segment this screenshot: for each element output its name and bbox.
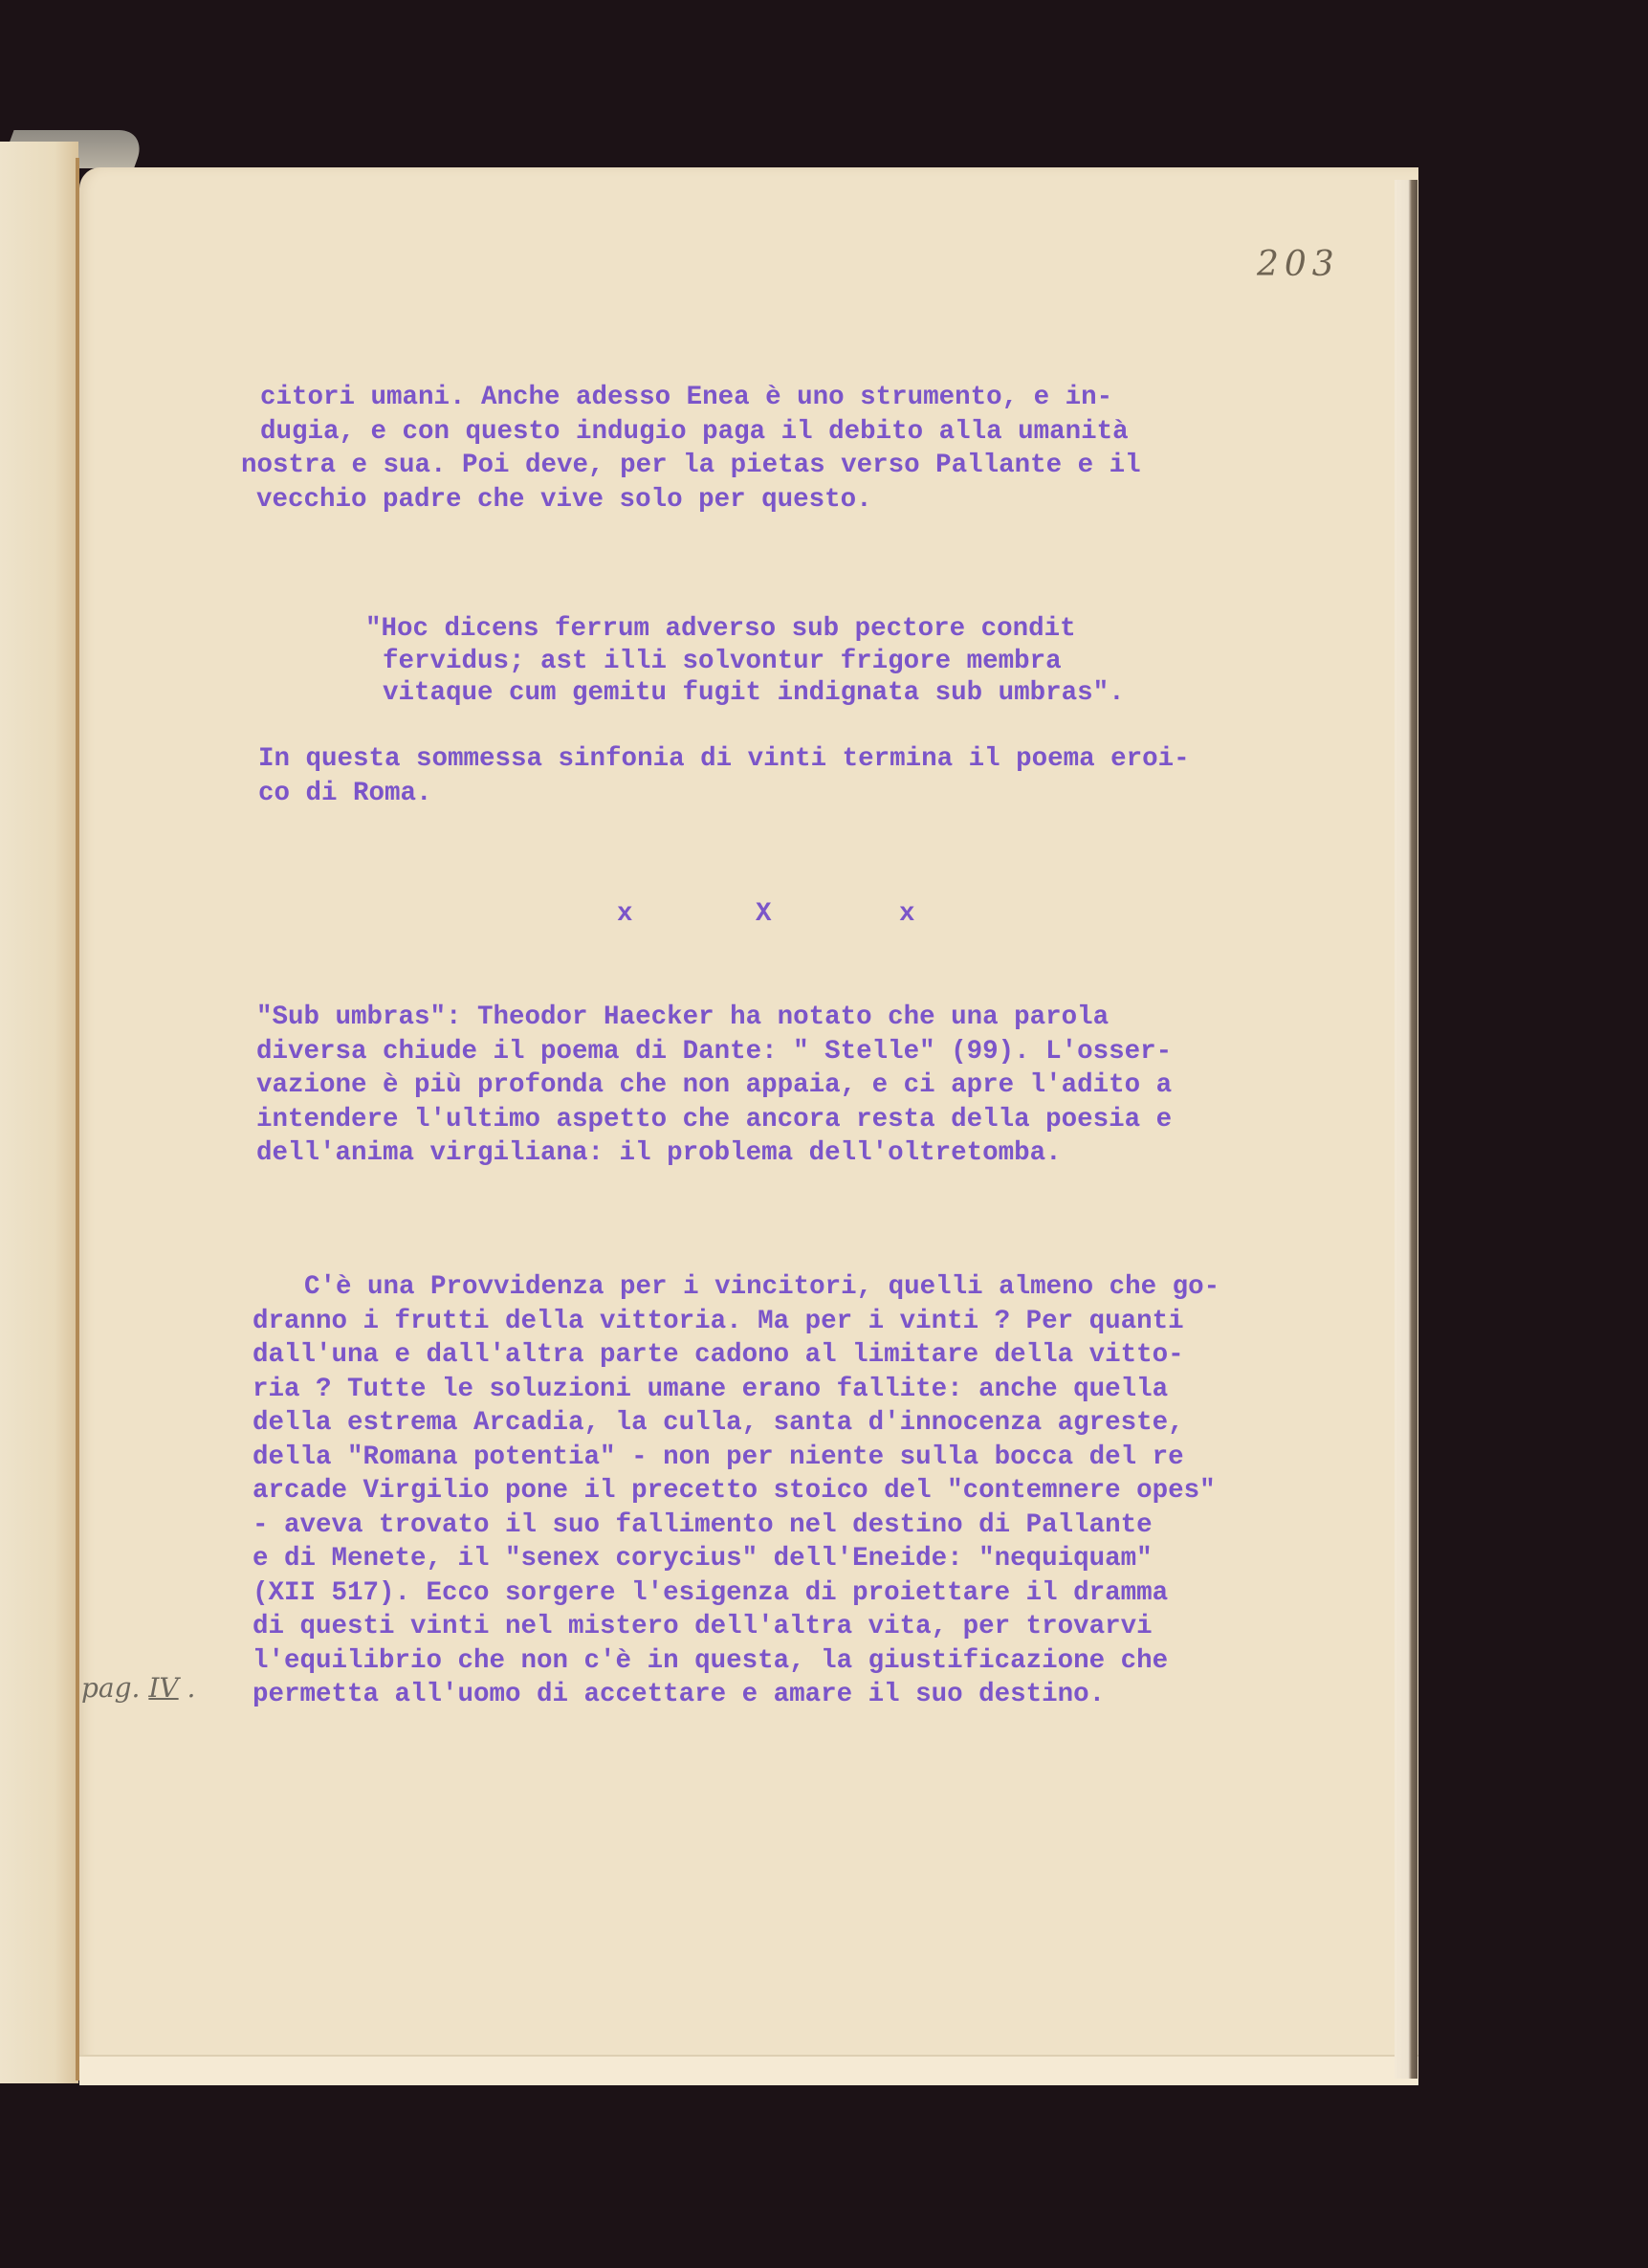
paragraph-1-line: citori umani. Anche adesso Enea è uno st… bbox=[260, 385, 1112, 411]
paragraph-1-line: dugia, e con questo indugio paga il debi… bbox=[260, 419, 1129, 446]
section-separator-mark: X bbox=[756, 901, 772, 928]
paragraph-3-line: vazione è più profonda che non appaia, e… bbox=[256, 1072, 1172, 1099]
paragraph-4-line: l'equilibrio che non c'è in questa, la g… bbox=[253, 1648, 1168, 1675]
section-separator-mark: x bbox=[899, 901, 915, 928]
page-stack-edge bbox=[1395, 180, 1417, 2079]
paragraph-1-line: nostra e sua. Poi deve, per la pietas ve… bbox=[241, 452, 1141, 479]
paragraph-3-line: dell'anima virgiliana: il problema dell'… bbox=[256, 1140, 1062, 1167]
quote-line: fervidus; ast illi solvontur frigore mem… bbox=[383, 649, 1062, 675]
paragraph-2-line: In questa sommessa sinfonia di vinti ter… bbox=[258, 746, 1190, 773]
paragraph-3-line: diversa chiude il poema di Dante: " Stel… bbox=[256, 1039, 1172, 1066]
paragraph-4-line: arcade Virgilio pone il precetto stoico … bbox=[253, 1478, 1216, 1505]
quote-line: "Hoc dicens ferrum adverso sub pectore c… bbox=[365, 616, 1076, 643]
paragraph-4-line: - aveva trovato il suo fallimento nel de… bbox=[253, 1512, 1153, 1539]
page-number: 203 bbox=[1257, 245, 1340, 284]
page-binding bbox=[76, 158, 79, 2081]
paragraph-4-line: della estrema Arcadia, la culla, santa d… bbox=[253, 1410, 1184, 1437]
section-separator-mark: x bbox=[617, 901, 633, 928]
paragraph-4-line: e di Menete, il "senex corycius" dell'En… bbox=[253, 1546, 1153, 1573]
paragraph-4-line: permetta all'uomo di accettare e amare i… bbox=[253, 1682, 1105, 1708]
paragraph-4-line: C'è una Provvidenza per i vincitori, que… bbox=[304, 1274, 1220, 1301]
paragraph-4-line: dall'una e dall'altra parte cadono al li… bbox=[253, 1342, 1184, 1369]
paragraph-4-line: dranno i frutti della vittoria. Ma per i… bbox=[253, 1309, 1184, 1335]
previous-page bbox=[0, 142, 78, 2083]
paragraph-3-line: intendere l'ultimo aspetto che ancora re… bbox=[256, 1107, 1172, 1134]
paragraph-2-line: co di Roma. bbox=[258, 781, 432, 807]
paragraph-4-line: ria ? Tutte le soluzioni umane erano fal… bbox=[253, 1376, 1168, 1403]
paragraph-4-line: (XII 517). Ecco sorgere l'esigenza di pr… bbox=[253, 1580, 1168, 1607]
paragraph-3-line: "Sub umbras": Theodor Haecker ha notato … bbox=[256, 1004, 1109, 1031]
quote-line: vitaque cum gemitu fugit indignata sub u… bbox=[383, 680, 1125, 707]
paragraph-4-line: di questi vinti nel mistero dell'altra v… bbox=[253, 1614, 1153, 1640]
paragraph-4-line: della "Romana potentia" - non per niente… bbox=[253, 1444, 1184, 1471]
paragraph-1-line: vecchio padre che vive solo per questo. bbox=[256, 487, 872, 514]
margin-note: pag. IV . bbox=[81, 1672, 195, 1704]
